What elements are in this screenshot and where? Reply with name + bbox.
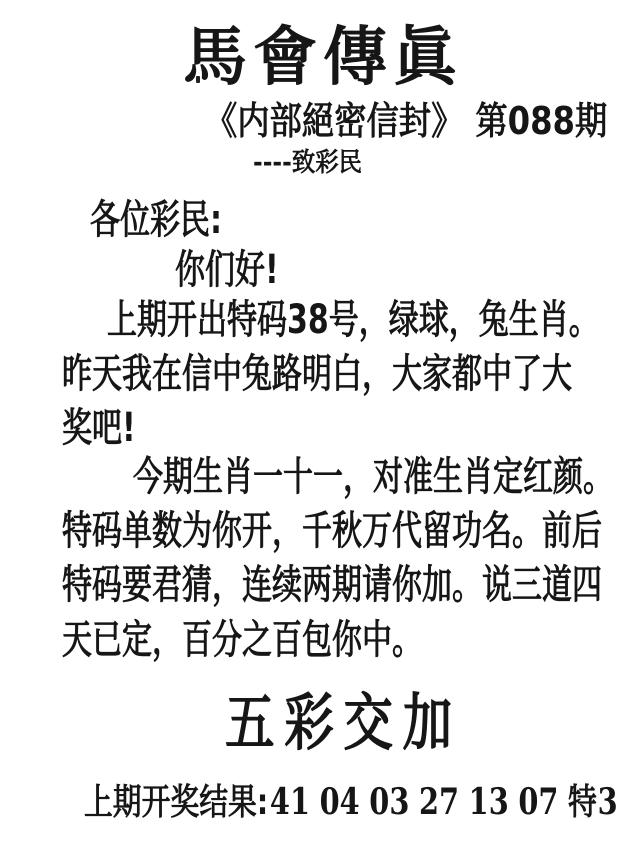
subtitle: 《内部絕密信封》第088期	[205, 102, 607, 140]
letter-line: 特码要君猜，连续两期请你加。说三道四	[62, 565, 602, 605]
slogan: 五彩交加	[225, 692, 462, 754]
special-number: 38	[598, 784, 618, 820]
special-number-label: 特	[568, 785, 597, 821]
dedication-line: ----致彩民	[253, 150, 362, 176]
result-number: 04	[320, 784, 360, 820]
greeting: 你们好!	[175, 250, 279, 290]
result-number: 41	[270, 784, 310, 820]
envelope-label: 《内部絕密信封》	[205, 99, 463, 143]
fax-sheet: 馬會傳眞 《内部絕密信封》第088期 ----致彩民 各位彩民: 你们好! 上期…	[0, 0, 618, 853]
result-number: 07	[518, 784, 558, 820]
ink-speck	[196, 76, 200, 83]
result-label: 上期开奖结果:	[84, 785, 268, 821]
result-number: 13	[469, 784, 509, 820]
letter-line: 上期开出特码38号，绿球，兔生肖。	[107, 300, 599, 340]
last-draw-result: 上期开奖结果: 41 04 03 27 13 07 特 38	[84, 784, 618, 821]
letter-line: 天已定，百分之百包你中。	[62, 620, 422, 660]
result-number: 27	[419, 784, 459, 820]
result-number: 03	[369, 784, 409, 820]
letter-line: 奖吧!	[62, 408, 136, 448]
letter-line: 特码单数为你开，千秋万代留功名。前后	[62, 511, 602, 551]
letter-line: 昨天我在信中兔路明白，大家都中了大	[62, 354, 572, 394]
salutation: 各位彩民:	[90, 200, 222, 240]
letter-line: 今期生肖一十一，对准生肖定红颜。	[133, 457, 613, 497]
page-title: 馬會傳眞	[183, 26, 463, 90]
issue-label: 第088期	[475, 99, 607, 143]
